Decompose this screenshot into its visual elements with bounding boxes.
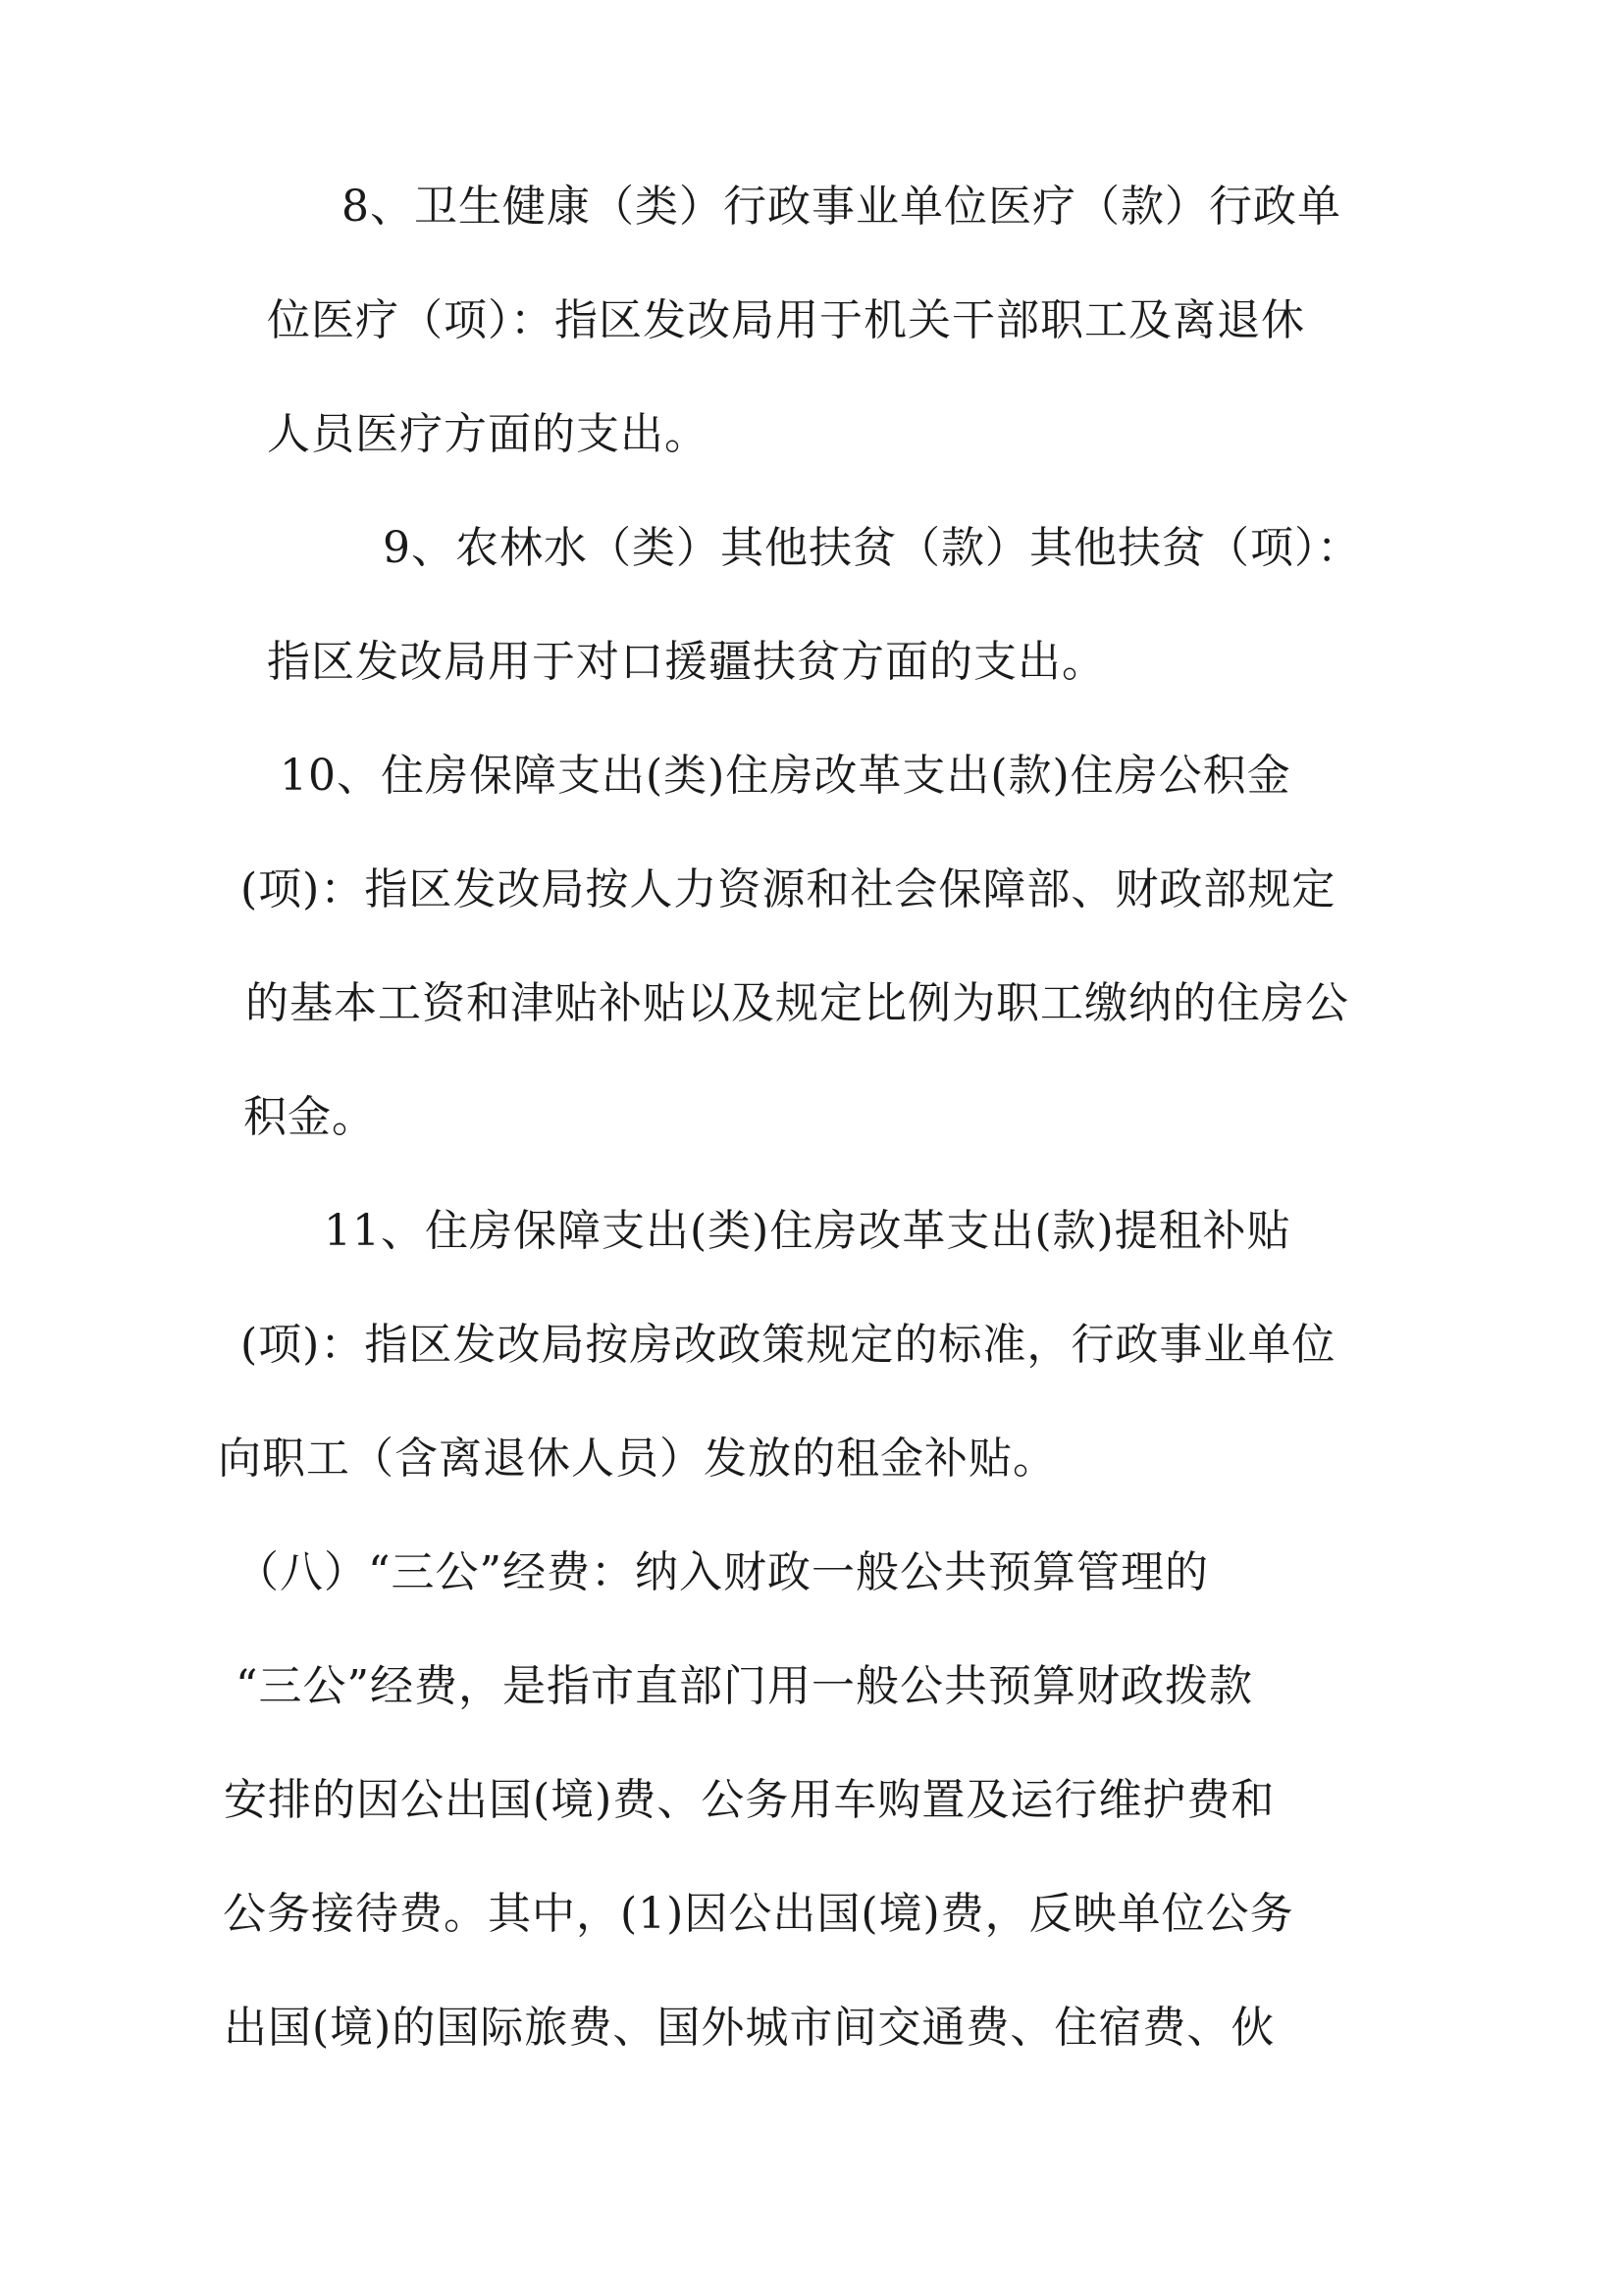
doc-line: 人员医疗方面的支出。 xyxy=(267,406,708,463)
document-page: 8、卫生健康（类）行政事业单位医疗（款）行政单 位医疗（项）：指区发改局用于机关… xyxy=(0,0,1624,2296)
doc-line: 公务接待费。其中，(1)因公出国(境)费，反映单位公务 xyxy=(223,1886,1294,1943)
doc-line: (项)：指区发改局按人力资源和社会保障部、财政部规定 xyxy=(240,861,1336,918)
doc-line: 8、卫生健康（类）行政事业单位医疗（款）行政单 xyxy=(341,179,1341,235)
doc-line: “三公”经费，是指市直部门用一般公共预算财政拨款 xyxy=(236,1658,1253,1715)
doc-line: 指区发改局用于对口援疆扶贫方面的支出。 xyxy=(267,634,1106,691)
doc-line: (项)：指区发改局按房改政策规定的标准，行政事业单位 xyxy=(240,1317,1336,1374)
doc-line: 9、农林水（类）其他扶贫（款）其他扶贫（项）： xyxy=(383,520,1361,577)
doc-line: （八）“三公”经费：纳入财政一般公共预算管理的 xyxy=(236,1544,1209,1601)
doc-line: 积金。 xyxy=(243,1089,376,1146)
doc-line: 位医疗（项）：指区发改局用于机关干部职工及离退休 xyxy=(267,292,1305,349)
doc-line: 11、住房保障支出(类)住房改革支出(款)提租补贴 xyxy=(324,1203,1291,1260)
doc-line: 安排的因公出国(境)费、公务用车购置及运行维护费和 xyxy=(224,1772,1275,1829)
doc-line: 出国(境)的国际旅费、国外城市间交通费、住宿费、伙 xyxy=(224,2000,1275,2057)
doc-line: 10、住房保障支出(类)住房改革支出(款)住房公积金 xyxy=(280,748,1291,805)
doc-line: 向职工（含离退休人员）发放的租金补贴。 xyxy=(218,1431,1057,1487)
doc-line: 的基本工资和津贴补贴以及规定比例为职工缴纳的住房公 xyxy=(245,975,1349,1032)
